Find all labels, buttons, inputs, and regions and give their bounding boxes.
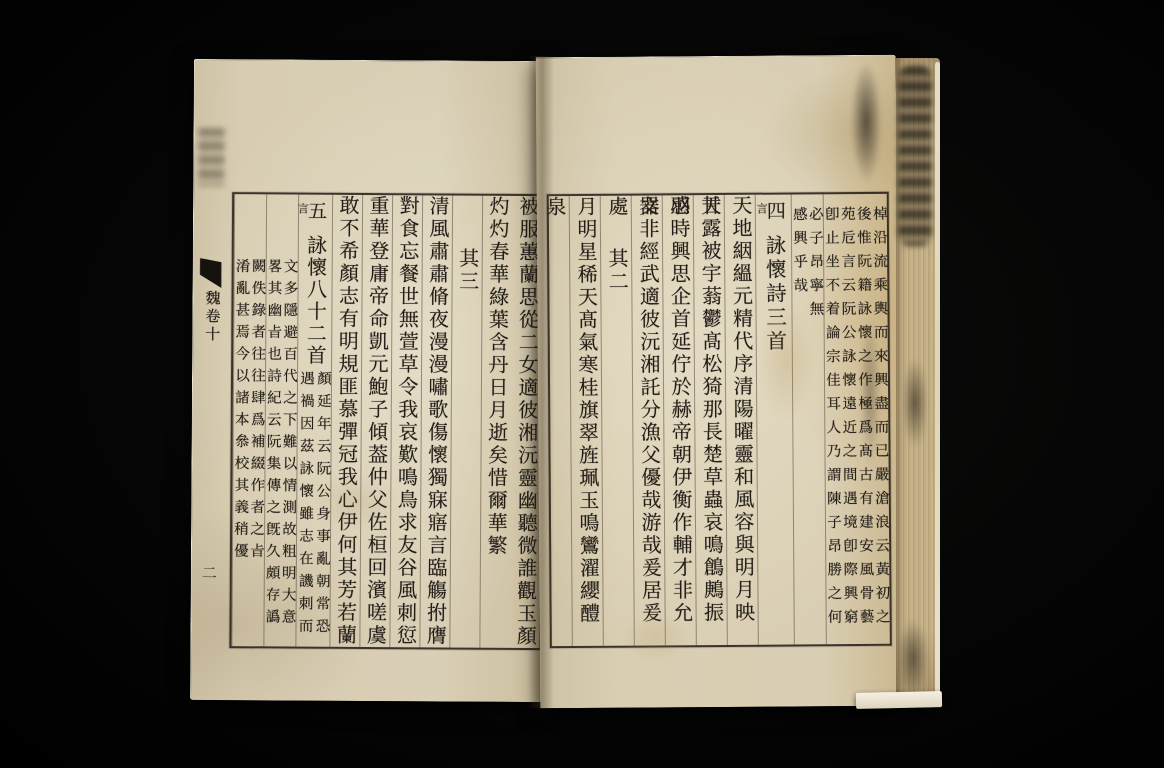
stanza-number-column: 其三 — [449, 196, 482, 648]
commentary-double-column: 顏延年云阮公身事亂朝常恐 遇禍因茲詠懷雖志在譏刺而 — [296, 371, 331, 645]
stanza-number-column: 其二 — [600, 196, 634, 646]
centerfold-strip: 魏卷十 二 — [193, 190, 230, 660]
right-page: 棹沿流乘輿而來興盡而已嚴滄浪云黃初之 後惟阮籍詠懷之作極爲髙古有建安風骨藝 苑卮… — [536, 55, 901, 708]
commentary-subcolumn: 苑卮言云阮公詠懷遠近之間遇境卽際興窮 — [839, 194, 858, 644]
volume-label: 魏卷十 — [201, 290, 222, 344]
ink-bleed-smudge — [198, 128, 224, 186]
commentary-column: 闕佚錄者往往肆爲補綴作者之㫖 淆亂甚焉今以諸本叅校其義稍優 — [231, 194, 266, 646]
page-edge-highlight — [935, 62, 940, 698]
commentary-column: 苑卮言云阮公詠懷遠近之間遇境卽際興窮 卽止坐不着論宗佳耳人乃謂陳子昂勝之何 — [823, 194, 858, 644]
commentary-subcolumn: 卽止坐不着論宗佳耳人乃謂陳子昂勝之何 — [823, 194, 842, 644]
fishtail-mark-icon — [200, 258, 222, 288]
leaf-number: 二 — [202, 562, 217, 583]
poem-column: 天地絪縕元精代序清陽曜靈和風容與明月映天 — [724, 195, 758, 645]
commentary-column: 文多隱避百代之下難以情測故粗明大意 畧其幽㫖也詩紀云阮集傳之旣久頗存譌 — [263, 194, 298, 646]
category-label: 五 言 — [299, 197, 329, 227]
bottom-page-edge — [856, 691, 942, 709]
category-label: 四 言 — [758, 197, 788, 227]
poem-column: 對食忘餐世無萱草令我哀歎鳴鳥求友谷風刺愆 — [389, 195, 422, 647]
poem-column: 敢不希顏志有明規匪慕彈冠我心伊何其芳若蘭 — [329, 195, 362, 647]
poem-column: 器非經武適彼沅湘託分漁父優哉游哉爰居爰處 — [631, 195, 665, 645]
poem-column: 重華登庸帝命凱元鮑子傾葢仲父佐桓回濱嗟虞 — [359, 195, 392, 647]
commentary-subcolumn: 淆亂甚焉今以諸本叅校其義稍優 — [231, 194, 250, 646]
commentary-column: 必子昂寧無 感興乎哉 — [791, 194, 826, 644]
poem-column: 月明星稀天髙氣寒桂旗翠旌珮玉鳴鸞濯纓醴泉 — [569, 196, 603, 646]
commentary-subcolumn: 顏延年云阮公身事亂朝常恐 — [313, 371, 331, 641]
category-char-small: 言 — [756, 201, 768, 217]
ink-bleed-smudge — [860, 316, 881, 466]
category-char-small: 言 — [298, 201, 310, 217]
book-photograph: 魏卷十 二 被服蕙蘭思從二女適彼湘沅靈幽聽微誰觀玉顏 灼灼春華綠葉含丹日月逝矣惜… — [0, 0, 1164, 768]
poem-title: 詠懷八十二首 — [302, 235, 327, 367]
poem-column: 清風肅肅脩夜漫漫嘯歌傷懷獨寐寤言臨觴拊膺 — [419, 195, 452, 647]
ink-bleed-smudge — [851, 62, 882, 182]
category-char: 五 — [308, 197, 327, 224]
section-title-column: 四 言 詠懷詩三首 — [755, 194, 794, 644]
open-book: 魏卷十 二 被服蕙蘭思從二女適彼湘沅靈幽聽微誰觀玉顏 灼灼春華綠葉含丹日月逝矣惜… — [190, 52, 946, 712]
commentary-subcolumn: 感興乎哉 — [791, 194, 810, 644]
ink-transfer-smudge — [902, 358, 928, 448]
category-char: 四 — [767, 197, 786, 224]
poem-column: 甘露被宇蓊鬱髙松猗那長楚草蟲哀鳴鶬鶊振羽 — [693, 195, 727, 645]
left-text-frame: 被服蕙蘭思從二女適彼湘沅靈幽聽微誰觀玉顏 灼灼春華綠葉含丹日月逝矣惜爾華繁 其三… — [229, 192, 544, 650]
commentary-subcolumn: 必子昂寧無 — [807, 194, 826, 644]
poem-column: 灼灼春華綠葉含丹日月逝矣惜爾華繁 — [479, 196, 512, 648]
right-text-frame: 棹沿流乘輿而來興盡而已嚴滄浪云黃初之 後惟阮籍詠懷之作極爲髙古有建安風骨藝 苑卮… — [547, 192, 892, 648]
ink-transfer-smudge — [898, 618, 928, 698]
ink-transfer-smudge — [898, 66, 932, 246]
commentary-subcolumn: 畧其幽㫖也詩紀云阮集傳之旣久頗存譌 — [263, 194, 282, 646]
commentary-subcolumn: 遇禍因茲詠懷雖志在譏刺而 — [296, 371, 314, 641]
poem-column: 感時興思企首延佇於赫帝朝伊衡作輔才非允文 — [662, 195, 696, 645]
section-title-column: 五 言 詠懷八十二首 顏延年云阮公身事亂朝常恐 遇禍因茲詠懷雖志在譏刺而 — [295, 195, 332, 647]
fore-edge-page-stack — [896, 58, 940, 706]
left-page: 魏卷十 二 被服蕙蘭思從二女適彼湘沅靈幽聽微誰觀玉顏 灼灼春華綠葉含丹日月逝矣惜… — [190, 59, 545, 702]
